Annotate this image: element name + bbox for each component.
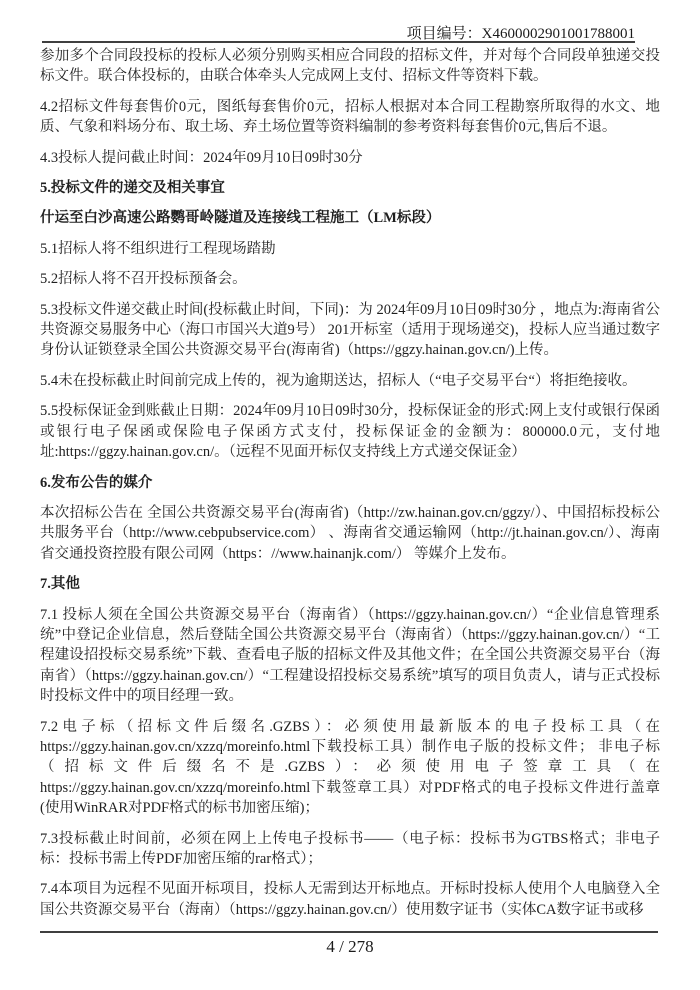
section-heading-7: 7.其他 bbox=[40, 574, 660, 594]
paragraph: 5.1招标人将不组织进行工程现场踏勘 bbox=[40, 239, 660, 259]
project-number-value: X4600002901001788001 bbox=[482, 26, 635, 42]
paragraph: 7.2电子标（招标文件后缀名.GZBS）：必须使用最新版本的电子投标工具（在ht… bbox=[40, 717, 660, 819]
document-body: 参加多个合同段投标的投标人必须分别购买相应合同段的招标文件，并对每个合同段单独递… bbox=[40, 46, 660, 936]
paragraph: 5.5投标保证金到账截止日期：2024年09月10日09时30分，投标保证金的形… bbox=[40, 401, 660, 462]
project-title-heading: 什运至白沙高速公路鹦哥岭隧道及连接线工程施工（LM标段） bbox=[40, 208, 660, 228]
page-number: 4 / 278 bbox=[0, 937, 700, 957]
header-divider bbox=[42, 41, 635, 43]
page-header-project-number: 项目编号：X4600002901001788001 bbox=[407, 22, 635, 43]
paragraph: 本次招标公告在 全国公共资源交易平台(海南省)（http://zw.hainan… bbox=[40, 503, 660, 564]
paragraph: 7.1 投标人须在全国公共资源交易平台（海南省）（https://ggzy.ha… bbox=[40, 605, 660, 707]
paragraph: 5.3投标文件递交截止时间(投标截止时间，下同)：为 2024年09月10日09… bbox=[40, 300, 660, 361]
section-heading-6: 6.发布公告的媒介 bbox=[40, 473, 660, 493]
footer-divider bbox=[40, 931, 658, 933]
paragraph: 5.4未在投标截止时间前完成上传的，视为逾期送达，招标人（“电子交易平台“）将拒… bbox=[40, 371, 660, 391]
paragraph: 7.3投标截止时间前，必须在网上上传电子投标书——（电子标：投标书为GTBS格式… bbox=[40, 829, 660, 870]
section-heading-5: 5.投标文件的递交及相关事宜 bbox=[40, 178, 660, 198]
document-page: 项目编号：X4600002901001788001 参加多个合同段投标的投标人必… bbox=[0, 0, 700, 990]
paragraph: 4.2招标文件每套售价0元，图纸每套售价0元，招标人根据对本合同工程勘察所取得的… bbox=[40, 97, 660, 138]
paragraph: 4.3投标人提问截止时间：2024年09月10日09时30分 bbox=[40, 148, 660, 168]
paragraph: 5.2招标人将不召开投标预备会。 bbox=[40, 269, 660, 289]
project-number-label: 项目编号： bbox=[407, 26, 482, 42]
paragraph: 参加多个合同段投标的投标人必须分别购买相应合同段的招标文件，并对每个合同段单独递… bbox=[40, 46, 660, 87]
paragraph: 7.4本项目为远程不见面开标项目，投标人无需到达开标地点。开标时投标人使用个人电… bbox=[40, 879, 660, 920]
